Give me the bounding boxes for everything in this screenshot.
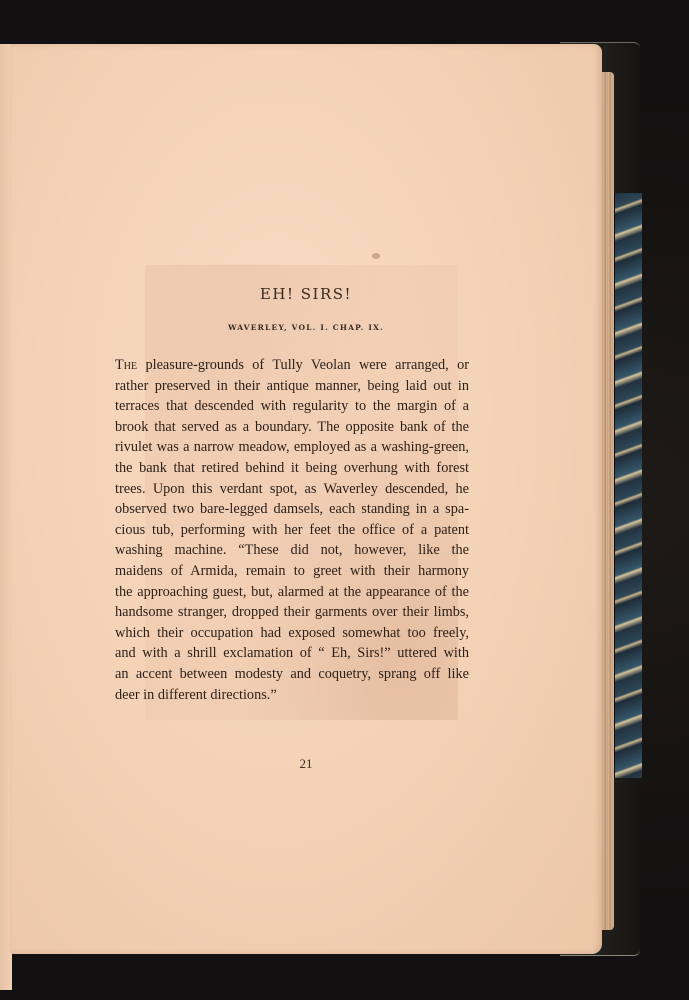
text-line: handsome stranger, dropped their garment… (115, 602, 469, 623)
text-line: terraces that descended with regularity … (115, 396, 469, 417)
text-line-content: pleasure-grounds of Tully Veolan were ar… (137, 357, 469, 373)
text-line: an accent between modesty and coquetry, … (115, 664, 469, 685)
text-line: maidens of Armida, remain to greet with … (115, 561, 469, 582)
text-line: washing machine. “These did not, however… (115, 540, 469, 561)
body-text: The pleasure-grounds of Tully Veolan wer… (115, 355, 469, 705)
source-reference: WAVERLEY, VOL. I. CHAP. IX. (10, 323, 602, 332)
text-line: observed two bare-legged damsels, each s… (115, 499, 469, 520)
page-title: EH! SIRS! (10, 285, 602, 303)
text-line: the approaching guest, but, alarmed at t… (115, 582, 469, 603)
text-line: rather preserved in their antique manner… (115, 376, 469, 397)
text-line: trees. Upon this verdant spot, as Waverl… (115, 479, 469, 500)
text-line: brook that served as a boundary. The opp… (115, 417, 469, 438)
lead-smallcaps: The (115, 357, 137, 373)
foxing-spot (372, 253, 380, 259)
book-page: EH! SIRS! WAVERLEY, VOL. I. CHAP. IX. Th… (10, 44, 602, 954)
page-number: 21 (10, 756, 602, 772)
text-line: rivulet was a narrow meadow, employed as… (115, 437, 469, 458)
text-line: the bank that retired behind it being ov… (115, 458, 469, 479)
text-line: cious tub, performing with her feet the … (115, 520, 469, 541)
text-line: and with a shrill exclamation of “ Eh, S… (115, 643, 469, 664)
text-line: The pleasure-grounds of Tully Veolan wer… (115, 355, 469, 376)
text-line: which their occupation had exposed somew… (115, 623, 469, 644)
marbled-endpaper-edge (613, 193, 642, 778)
text-line: deer in different directions.” (115, 685, 469, 706)
